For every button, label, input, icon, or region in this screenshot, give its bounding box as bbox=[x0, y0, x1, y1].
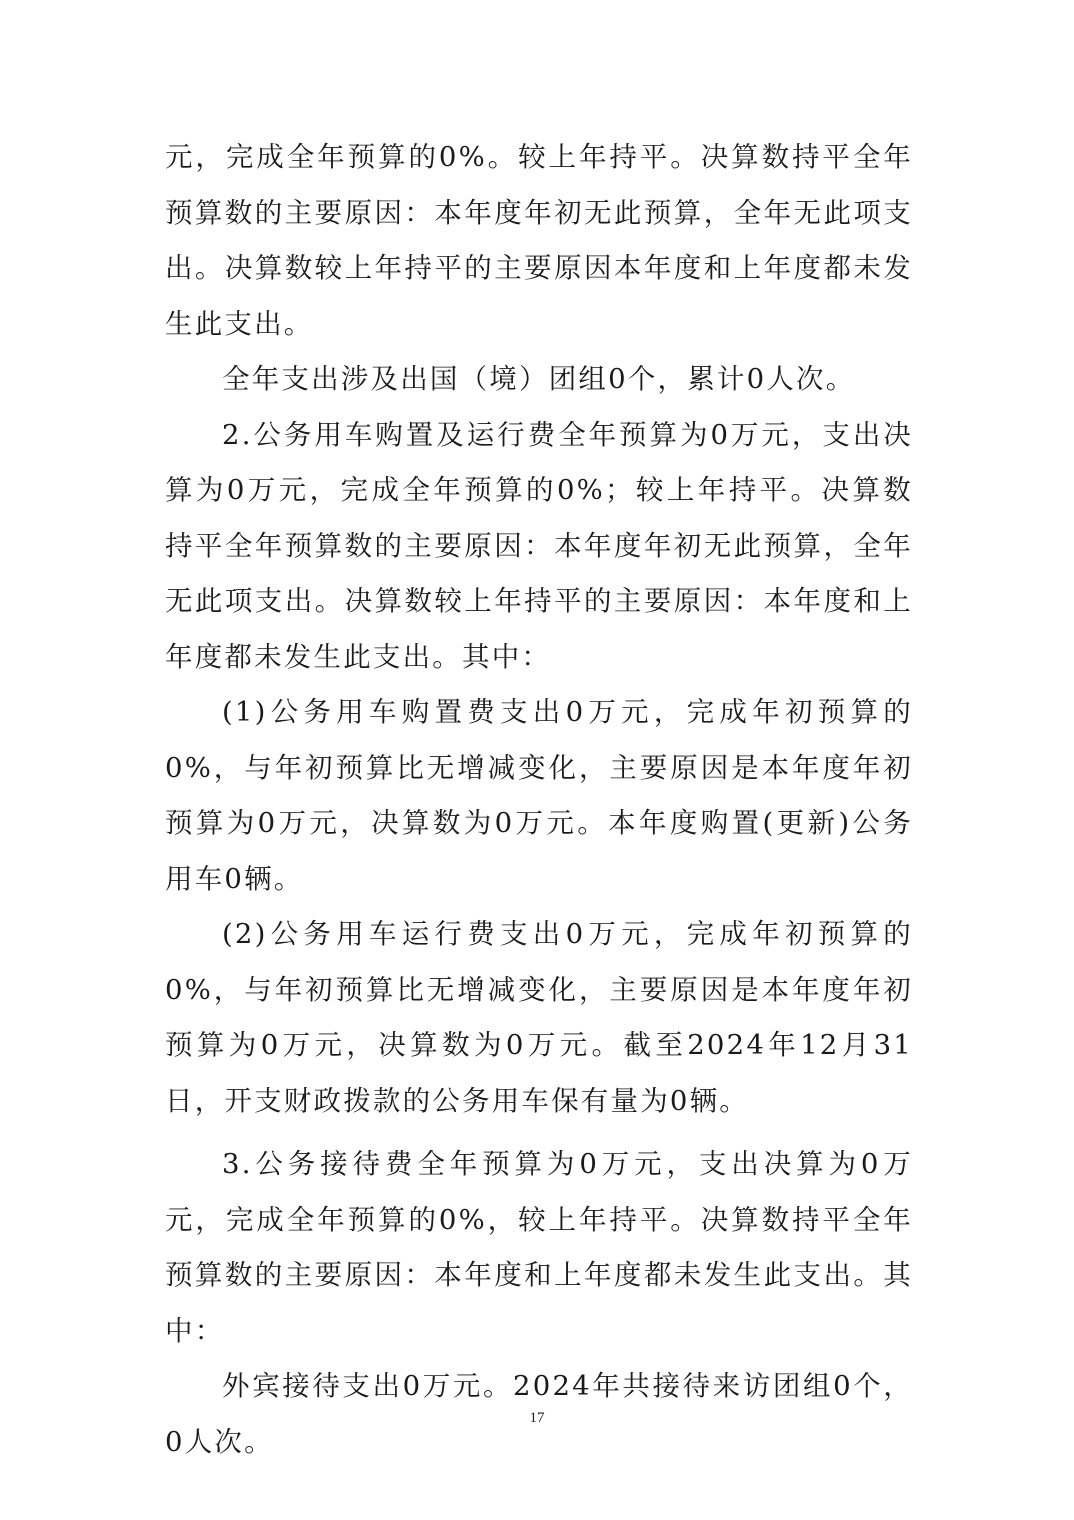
paragraph-outbound-groups: 全年支出涉及出国（境）团组0个，累计0人次。 bbox=[165, 352, 913, 408]
paragraph-vehicle-operation: (2)公务用车运行费支出0万元，完成年初预算的0%，与年初预算比无增减变化，主要… bbox=[165, 907, 913, 1129]
body-text: 元，完成全年预算的0%。较上年持平。决算数持平全年预算数的主要原因：本年度年初无… bbox=[165, 130, 913, 1470]
paragraph-vehicle-expense: 2.公务用车购置及运行费全年预算为0万元，支出决算为0万元，完成全年预算的0%；… bbox=[165, 408, 913, 686]
paragraph-reception-expense: 3.公务接待费全年预算为0万元，支出决算为0万元，完成全年预算的0%，较上年持平… bbox=[165, 1137, 913, 1359]
paragraph-vehicle-purchase: (1)公务用车购置费支出0万元，完成年初预算的0%，与年初预算比无增减变化，主要… bbox=[165, 685, 913, 907]
page-number: 17 bbox=[0, 1410, 1074, 1427]
document-page: 元，完成全年预算的0%。较上年持平。决算数持平全年预算数的主要原因：本年度年初无… bbox=[0, 0, 1074, 1520]
paragraph-budget-continuation: 元，完成全年预算的0%。较上年持平。决算数持平全年预算数的主要原因：本年度年初无… bbox=[165, 130, 913, 352]
